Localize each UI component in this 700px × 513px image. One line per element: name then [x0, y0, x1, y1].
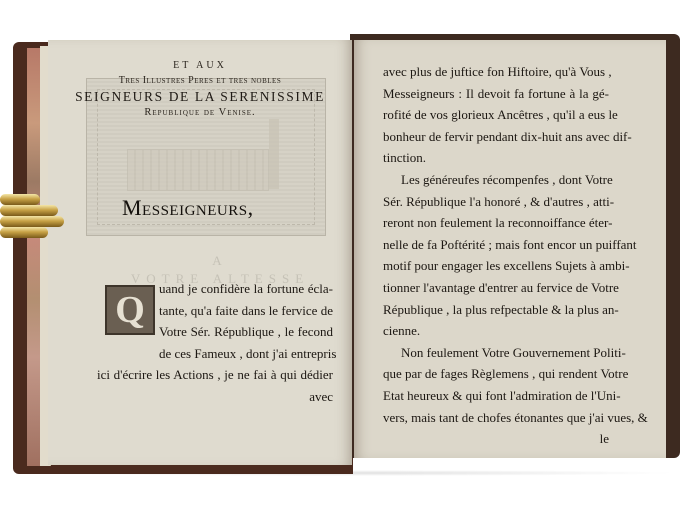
- heading-line-3: Republique de Venise.: [48, 107, 352, 118]
- text-line: uand je confidère la fortune écla-: [159, 278, 333, 300]
- text-line: tinction.: [383, 147, 609, 169]
- catchword: le: [383, 428, 609, 450]
- bleed-line: A: [95, 252, 345, 270]
- text-line: motif pour engager les excellens Sujets …: [383, 255, 609, 277]
- text-line: Etat heureux & qui font l'admiration de …: [383, 385, 609, 407]
- text-line: nelle de fa Poftérité ; mais font encor …: [383, 234, 609, 256]
- text-line: Non feulement Votre Gouvernement Politi-: [401, 342, 609, 364]
- text-line: République , la plus refpectable & la pl…: [383, 299, 609, 321]
- text-line: cienne.: [383, 320, 609, 342]
- engraved-palace: [127, 149, 269, 191]
- heading-line-1: Tres Illustres Peres et tres nobles: [48, 75, 352, 86]
- engraved-campanile: [269, 119, 279, 189]
- text-line: vers, mais tant de chofes étonantes que …: [383, 407, 609, 429]
- text-line: rofité de vos glorieux Ancêtres , qu'il …: [383, 104, 609, 126]
- text-line: de ces Fameux , dont j'ai entrepris: [159, 343, 333, 365]
- text-line: ici d'écrire les Actions , je ne fai à q…: [97, 364, 333, 386]
- marbled-endpaper: [27, 48, 41, 466]
- text-line: avec plus de juftice fon Hiftoire, qu'à …: [383, 61, 609, 83]
- right-body-text: avec plus de juftice fon Hiftoire, qu'à …: [383, 61, 609, 450]
- text-line: que par de fages Règlemens , qui rendent…: [383, 363, 609, 385]
- salutation: Messeigneurs,: [122, 195, 254, 221]
- text-line: tante, qu'a faite dans le fervice de: [159, 300, 333, 322]
- text-line: tionner l'avantage d'entrer au fervice d…: [383, 277, 609, 299]
- catchword: avec: [97, 386, 333, 408]
- ornamental-drop-cap: Q: [105, 285, 155, 335]
- text-line: reront non feulement la reconnoiffance é…: [383, 212, 609, 234]
- text-line: Les généreufes récompenfes , dont Votre: [401, 169, 609, 191]
- text-line: Sér. République l'a honoré , & d'autres …: [383, 191, 609, 213]
- brass-clasp: [0, 194, 64, 242]
- text-line: Votre Sér. République , le fecond: [159, 321, 333, 343]
- heading-line-0: ET AUX: [48, 60, 352, 71]
- heading-line-2: SEIGNEURS DE LA SERENISSIME: [48, 89, 352, 105]
- text-line: Messeigneurs : Il devoit fa fortune à la…: [383, 83, 609, 105]
- text-line: bonheur de fervir pendant dix-huit ans a…: [383, 126, 609, 148]
